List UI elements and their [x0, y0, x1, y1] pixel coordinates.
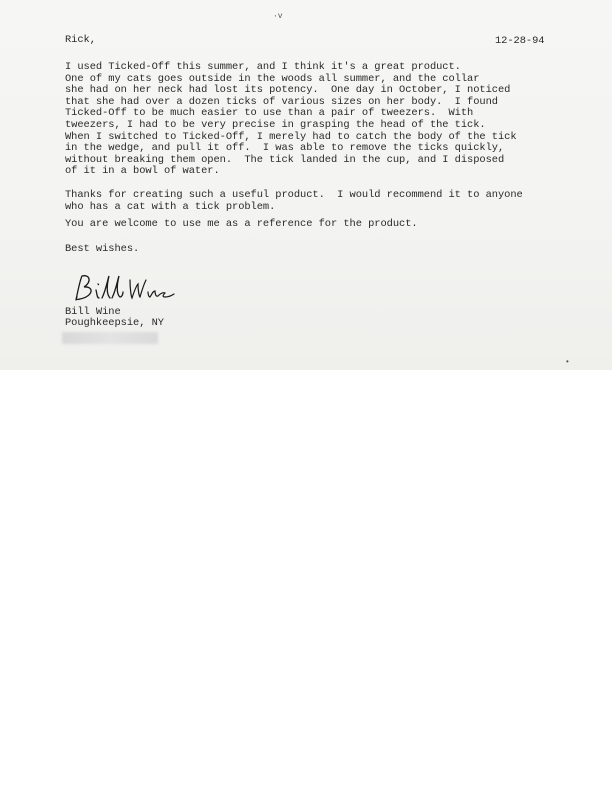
handwritten-signature: Bill Wine	[68, 272, 178, 306]
closing: Best wishes.	[65, 244, 139, 256]
salutation: Rick,	[65, 35, 96, 47]
scan-speck: •	[565, 358, 570, 367]
scanned-letter: ·v Rick, 12-28-94 I used Ticked-Off this…	[0, 0, 612, 370]
signer-location: Poughkeepsie, NY	[65, 318, 164, 330]
scan-speck: ·v	[273, 12, 283, 21]
letter-date: 12-28-94	[495, 36, 544, 48]
body-paragraph-2: Thanks for creating such a useful produc…	[65, 190, 523, 213]
redacted-line	[62, 332, 158, 344]
body-paragraph-3: You are welcome to use me as a reference…	[65, 219, 418, 231]
body-paragraph-1: I used Ticked-Off this summer, and I thi…	[65, 62, 517, 178]
